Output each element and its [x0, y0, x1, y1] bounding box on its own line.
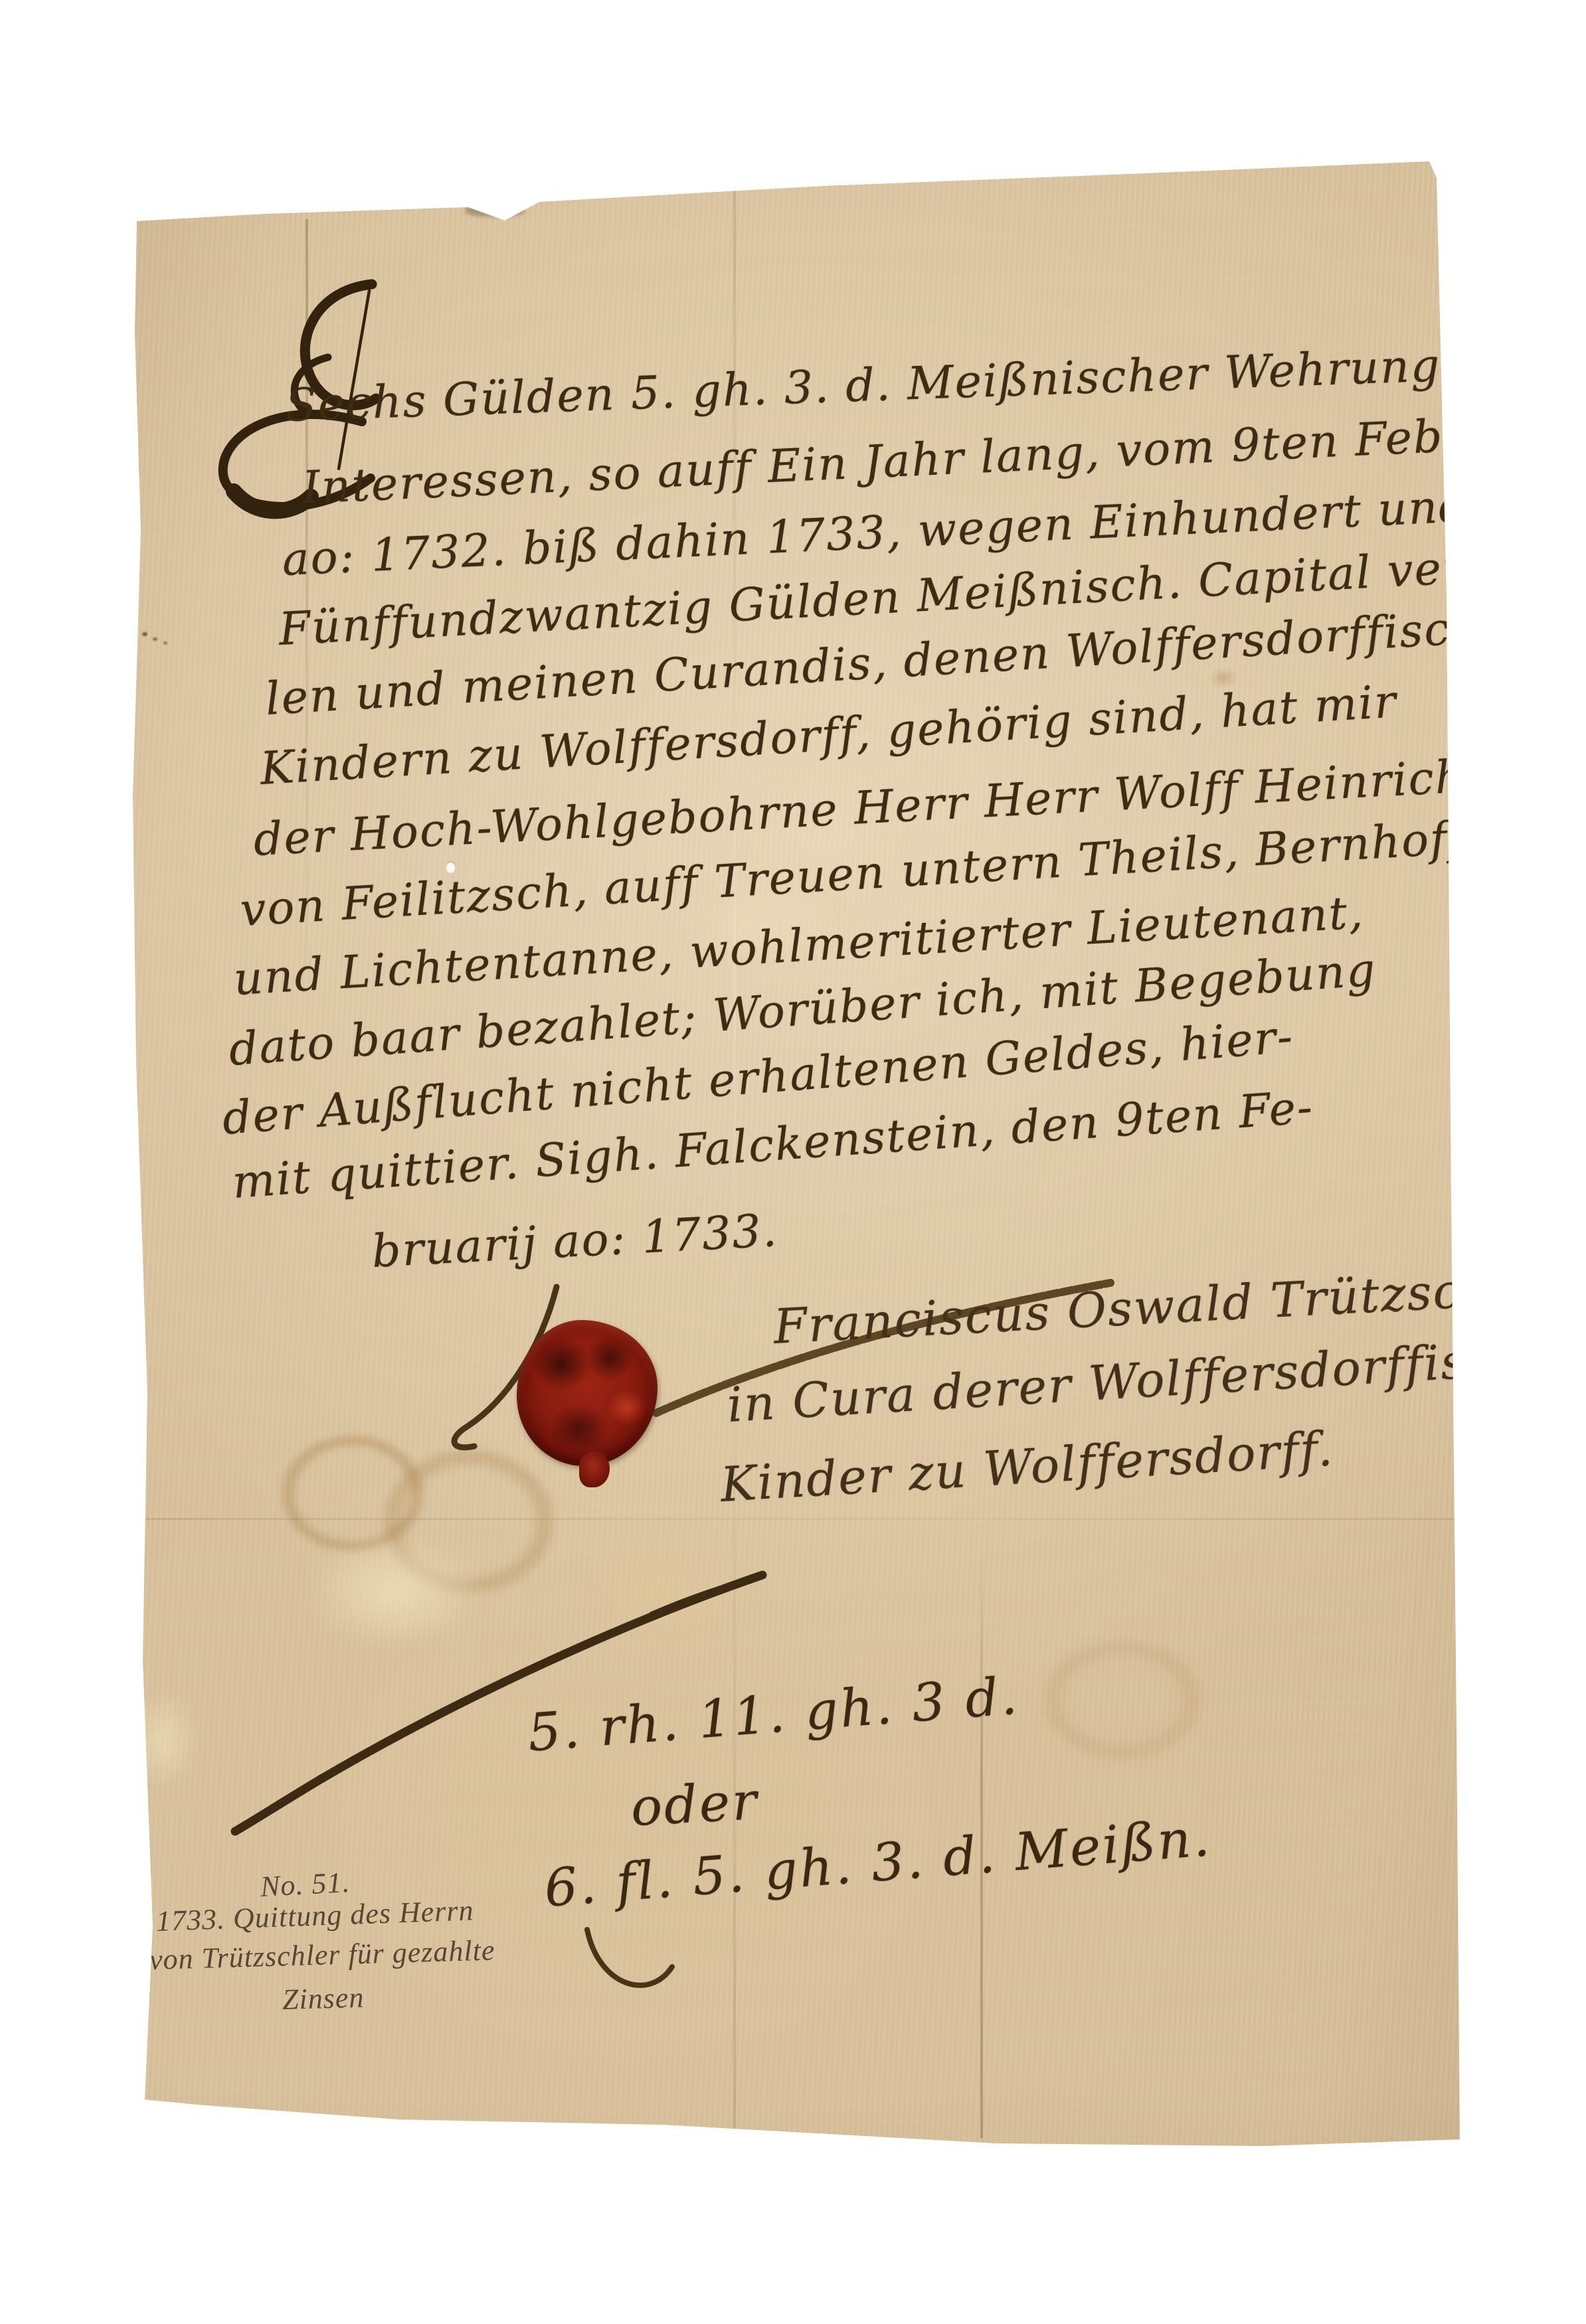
ink-smudge-top-edge: [465, 205, 525, 216]
water-stain: [383, 1448, 555, 1594]
initial-paraph-blob: [234, 491, 311, 511]
archive-note-line: 1733. Quittung des Herrn: [155, 1896, 474, 1936]
amount-line: oder: [630, 1776, 760, 1834]
signature-line: Kinder zu Wolffersdorff.: [719, 1424, 1335, 1509]
archive-note-line: No. 51.: [260, 1868, 351, 1902]
amount-descender-flourish: [587, 1930, 672, 1985]
ink-speck: [153, 637, 157, 641]
water-stain: [565, 1521, 764, 1667]
paper-sheet: Sechs Gülden 5. gh. 3. d. Meißnischer We…: [0, 0, 1586, 2324]
manuscript-line: bruarij ao: 1733.: [371, 1208, 779, 1275]
water-stain: [302, 1531, 487, 1651]
scanned-document-page: Sechs Gülden 5. gh. 3. d. Meißnischer We…: [0, 0, 1586, 2324]
water-stain: [122, 1687, 202, 1793]
fold-crease-horizontal: [139, 1518, 1454, 1520]
sum-separator-tip: [651, 1575, 762, 1614]
water-stain: [1043, 1640, 1202, 1760]
amount-line: 5. rh. 11. gh. 3 d.: [526, 1670, 1021, 1760]
red-wax-seal: [517, 1320, 658, 1466]
ink-speck: [163, 641, 167, 645]
red-wax-seal-drip: [579, 1452, 610, 1487]
ink-speck: [142, 632, 147, 636]
archive-note-line: Zinsen: [282, 1983, 365, 2015]
archive-note-line: von Trützschler für gezahlte: [149, 1936, 495, 1975]
water-stain: [280, 1434, 426, 1553]
